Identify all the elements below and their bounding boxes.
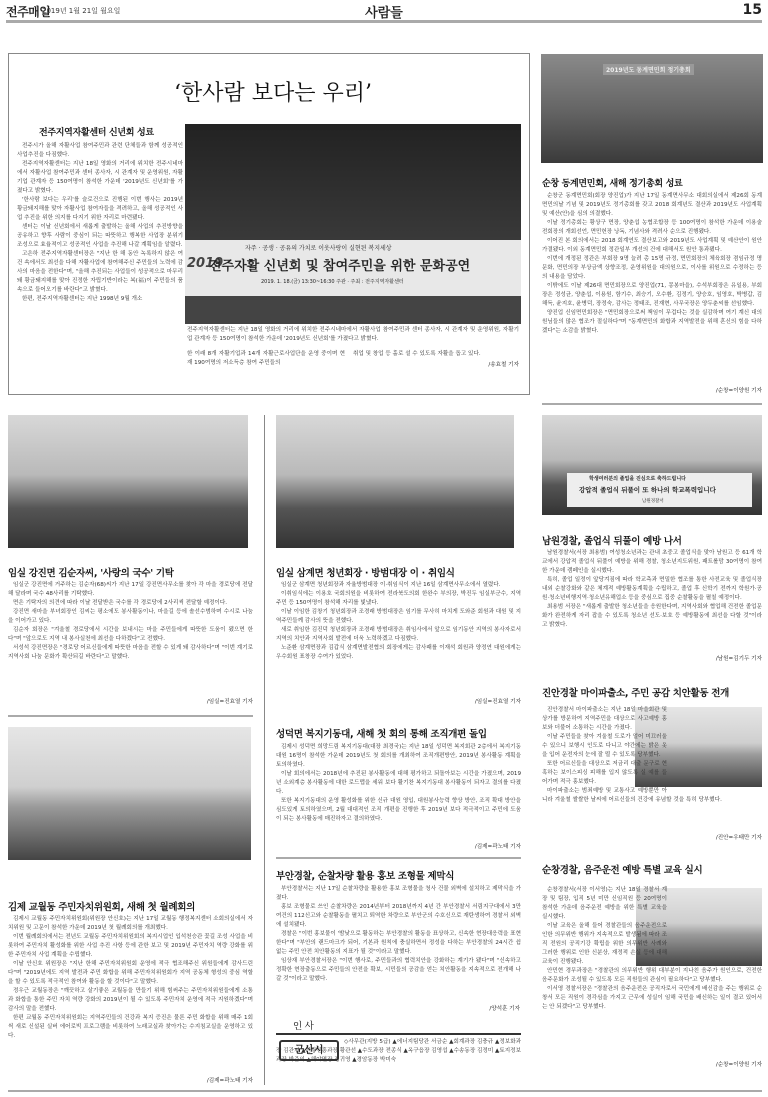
imsil-youth-photo <box>276 415 514 548</box>
gyowol-photo <box>8 727 251 860</box>
feature-byline: /송효철 기자 <box>409 360 519 368</box>
page-bottom-rule <box>8 1090 762 1092</box>
buan-headline: 부안경찰, 순찰차량 활용 홍보 조형물 제막식 <box>276 868 454 882</box>
page-number: 15 <box>743 2 762 18</box>
jinan-headline: 진안경찰 마이파출소, 주민 공감 치안활동 전개 <box>542 685 729 699</box>
jinan-byline: /진안=우태만 기자 <box>662 833 762 841</box>
imsil-youth-body: 임실군 삼계면 청년회장과 자율방범대장 이·취임식이 지난 16일 삼계면사무… <box>276 581 521 662</box>
buan-body: 부안경찰서는 지난 17일 순찰차량을 활용한 홍보 조형물을 청사 건물 외벽… <box>276 885 521 984</box>
divider <box>542 403 762 405</box>
seongdeok-body: 김제시 성덕면 희망드림 복지기동대(대장 최경국)는 지난 18일 성덕면 복… <box>276 743 521 824</box>
photo-banner: 학생여러분의 졸업을 진심으로 축하드립니다 강압적 졸업식 뒤풀이 또 하나의… <box>567 473 752 507</box>
dongge-photo: 2019년도 동계면민회 정기총회 <box>541 54 763 163</box>
namwon-photo: 학생여러분의 졸업을 진심으로 축하드립니다 강압적 졸업식 뒤풀이 또 하나의… <box>542 415 762 515</box>
feature-photo-caption: 전주지역자활센터는 지난 18일 영화의 거리에 위치한 전주시네마에서 자활사… <box>187 326 519 344</box>
photo-banner: 2019 자주 · 공생 · 공유의 가치로 이웃사랑이 실현된 복지세상 전주… <box>185 240 521 296</box>
feature-body-continued-1: 한 이래 8개 자활기업과 14개 자활근로사업단을 운영 중이며 현재 190… <box>187 350 345 368</box>
sunchang-police-headline: 순창경찰, 음주운전 예방 특별 교육 실시 <box>542 862 702 876</box>
namwon-body: 남원경찰서(서장 최용범) 여성청소년과는 관내 초중고 졸업식을 맞아 남원고… <box>542 549 762 630</box>
gyowol-body: 김제시 교월동 주민자치위원회(위원장 안신호)는 지난 17일 교월동 행정복… <box>8 915 253 1041</box>
dongge-headline: 순창 동계면민회, 새해 정기총회 성료 <box>542 176 682 189</box>
divider <box>276 857 521 859</box>
seongdeok-headline: 성덕면 복지기동대, 새해 첫 회의 통해 조직개편 돌입 <box>276 726 487 740</box>
divider <box>8 715 253 717</box>
feature-body: 전주시가 올해 자활사업 참여주민과 관련 단체들과 함께 성공적인 사업추진을… <box>17 142 183 304</box>
imsil-noodle-headline: 임실 강진면 김순자씨, '사랑의 국수' 기탁 <box>8 565 174 579</box>
buan-byline: /양석훈 기자 <box>440 1004 520 1012</box>
gyowol-headline: 김제 교월동 주민자치위원회, 새해 첫 월례회의 <box>8 899 195 913</box>
imsil-noodle-body: 임실군 강진면에 거주하는 김순자(68)씨가 지난 17일 강진면사무소를 찾… <box>8 581 253 662</box>
imsil-youth-headline: 임실 삼계면 청년회장 · 방범대장 이 · 취임식 <box>276 565 455 579</box>
sunchang-police-byline: /순창=이양원 기자 <box>642 1060 762 1068</box>
dongge-body: 순창군 동계면민회(회장 양진업)가 지난 17일 동계면사무소 대회의실에서 … <box>542 192 762 336</box>
section-title: 사람들 <box>0 2 768 21</box>
dongge-byline: /순창=이양원 기자 <box>642 386 762 394</box>
feature-title: ‘한사람 보다는 우리’ <box>174 76 372 107</box>
feature-subhead: 전주지역자활센터 신년회 성료 <box>39 125 154 138</box>
jinan-body: 진안경찰서 마이파출소는 지난 18일 마을회관 및 상가를 방문하여 지역주민… <box>542 706 762 805</box>
namwon-headline: 남원경찰, 졸업식 뒤풀이 예방 나서 <box>542 533 682 547</box>
imsil-youth-byline: /임실=진효열 기자 <box>418 697 521 705</box>
seongdeok-byline: /김제=곽노태 기자 <box>418 842 521 850</box>
feature-body-continued-2: 취업 및 창업 등 홀로 설 수 있도록 자활을 돕고 있다. <box>353 350 519 359</box>
feature-photo: 2019 자주 · 공생 · 공유의 가치로 이웃사랑이 실현된 복지세상 전주… <box>185 124 521 324</box>
imsil-noodle-byline: /임실=진효열 기자 <box>150 697 253 705</box>
column-divider <box>264 415 265 1085</box>
divider <box>276 1033 521 1035</box>
header-rule <box>6 20 762 23</box>
feature-article: ‘한사람 보다는 우리’ 전주지역자활센터 신년회 성료 전주시가 올해 자활사… <box>8 53 530 395</box>
gyowol-byline: /김제=곽노태 기자 <box>150 1076 253 1084</box>
personnel-heading: 인 사 <box>293 1018 313 1032</box>
imsil-noodle-photo <box>8 415 248 548</box>
sunchang-police-body: 순창경찰서(서장 이서영)는 지난 18일 경찰서 계장 및 팀장, 입직 5년… <box>542 886 762 1012</box>
personnel-body: ◇사무관(지방 5급) ▲에너지팀당관 서금순 ▲회계과장 김충규 ▲정보화과장… <box>276 1038 521 1065</box>
namwon-byline: /남원=김기두 기자 <box>642 654 762 662</box>
